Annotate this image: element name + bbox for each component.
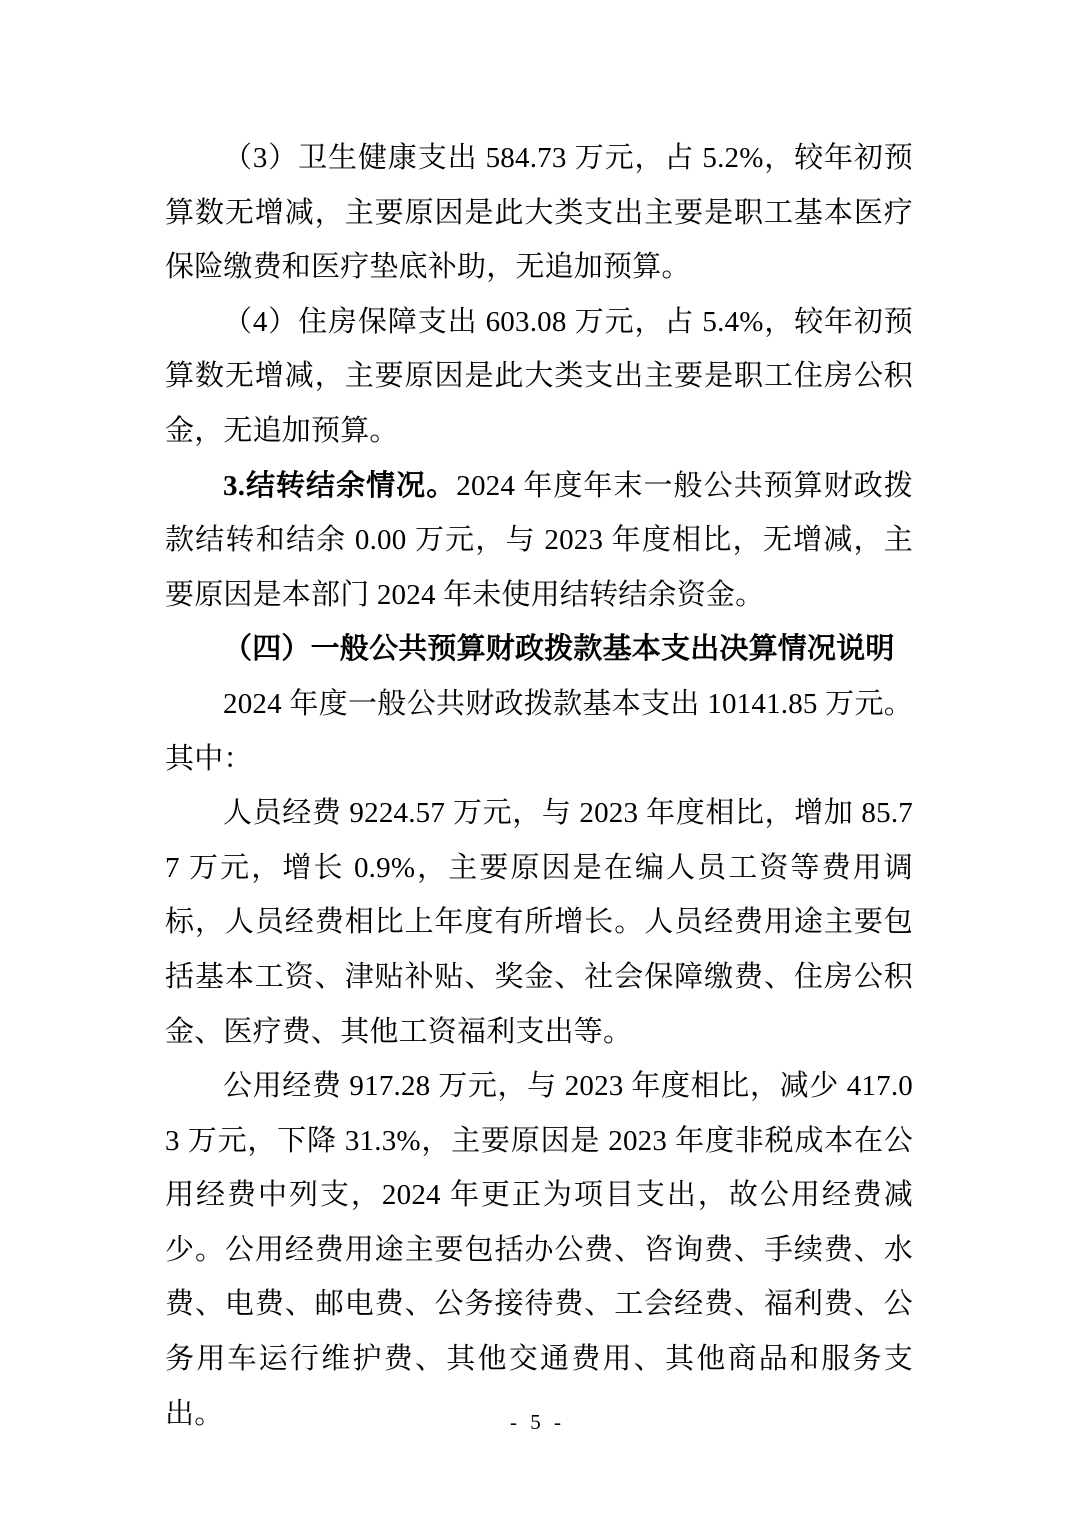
paragraph-text: 2024 年度一般公共财政拨款基本支出 10141.85 万元。其中： xyxy=(165,688,913,775)
paragraph-health-expenditure: （3）卫生健康支出 584.73 万元，占 5.2%，较年初预算数无增减，主要原… xyxy=(165,131,913,295)
document-page: （3）卫生健康支出 584.73 万元，占 5.2%，较年初预算数无增减，主要原… xyxy=(0,0,1075,1520)
paragraph-lead: 3.结转结余情况。 xyxy=(223,470,456,502)
paragraph-basic-expenditure-total: 2024 年度一般公共财政拨款基本支出 10141.85 万元。其中： xyxy=(165,677,913,786)
page-number: - 5 - xyxy=(0,1410,1075,1435)
paragraph-carryover-balance: 3.结转结余情况。2024 年度年末一般公共预算财政拨款结转和结余 0.00 万… xyxy=(165,459,913,623)
paragraph-text: （3）卫生健康支出 584.73 万元，占 5.2%，较年初预算数无增减，主要原… xyxy=(165,142,913,283)
paragraph-lead: （四）一般公共预算财政拨款基本支出决算情况说明 xyxy=(223,633,895,665)
paragraph-text: （4）住房保障支出 603.08 万元，占 5.4%，较年初预算数无增减，主要原… xyxy=(165,306,913,447)
paragraph-housing-expenditure: （4）住房保障支出 603.08 万元，占 5.4%，较年初预算数无增减，主要原… xyxy=(165,295,913,459)
paragraph-text: 公用经费 917.28 万元，与 2023 年度相比，减少 417.03 万元，… xyxy=(165,1070,913,1430)
paragraph-public-funds: 公用经费 917.28 万元，与 2023 年度相比，减少 417.03 万元，… xyxy=(165,1059,913,1441)
paragraph-text: 人员经费 9224.57 万元，与 2023 年度相比，增加 85.77 万元，… xyxy=(165,797,913,1047)
paragraph-personnel-funds: 人员经费 9224.57 万元，与 2023 年度相比，增加 85.77 万元，… xyxy=(165,786,913,1059)
section-heading-basic-expenditure: （四）一般公共预算财政拨款基本支出决算情况说明 xyxy=(165,622,913,677)
document-body: （3）卫生健康支出 584.73 万元，占 5.2%，较年初预算数无增减，主要原… xyxy=(165,131,913,1441)
